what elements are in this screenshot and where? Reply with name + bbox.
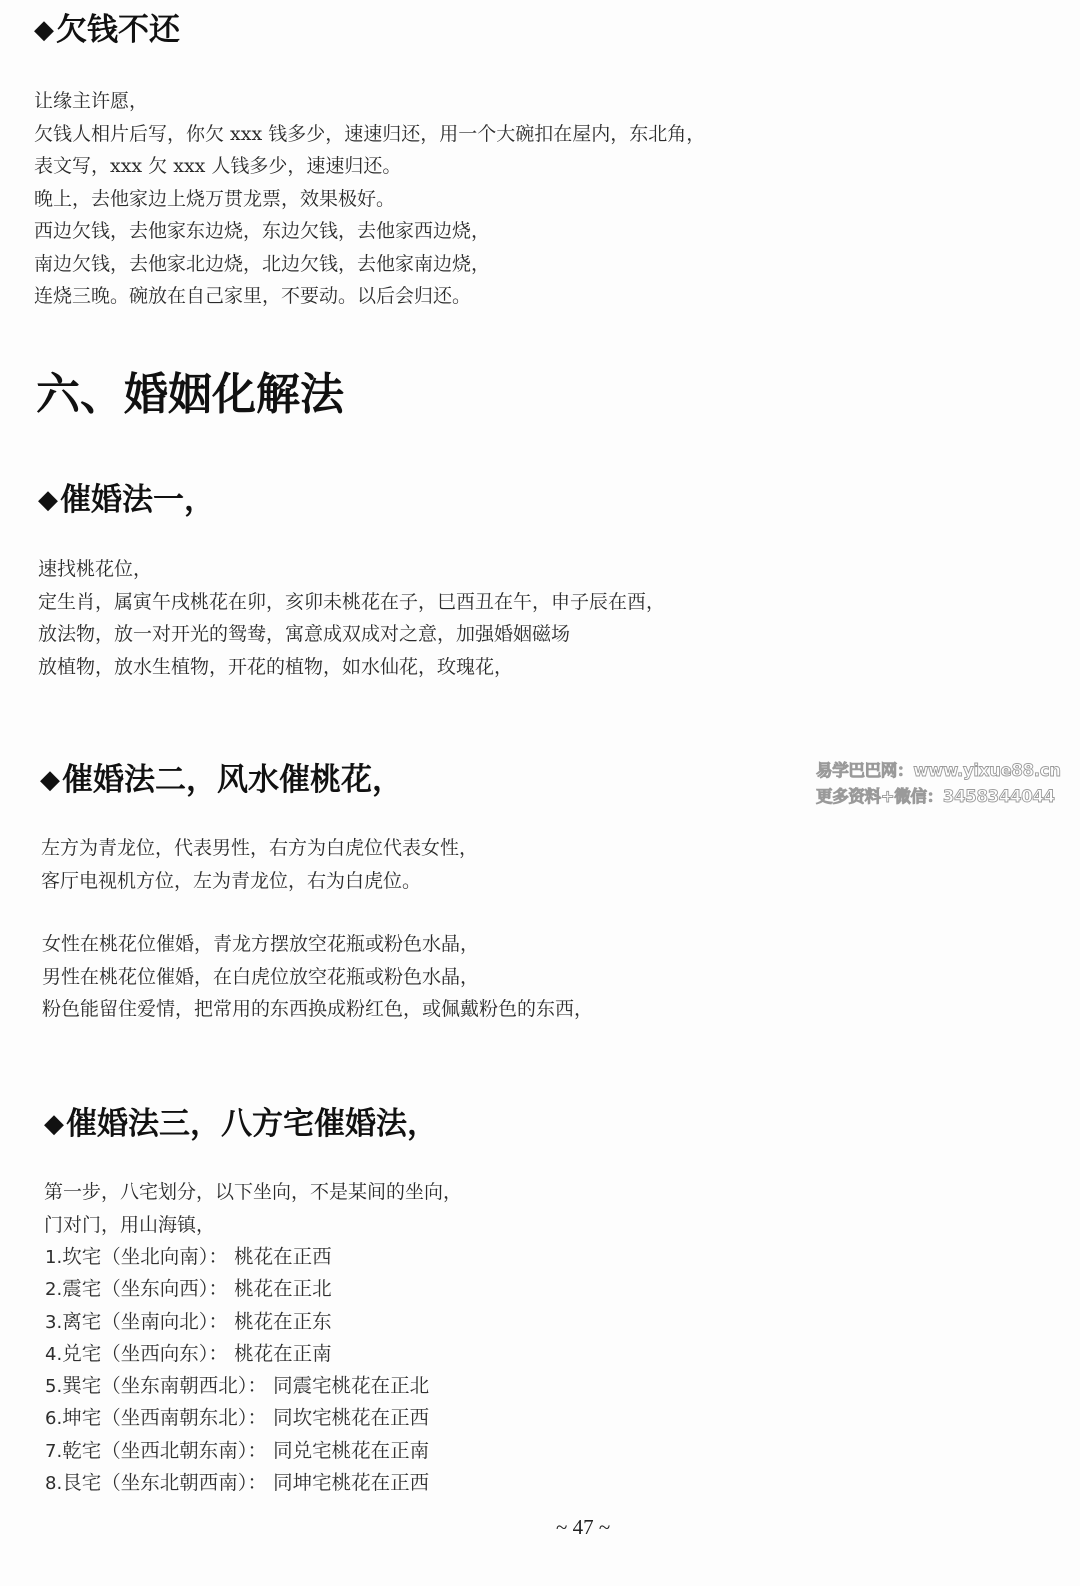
list-item: 2.震宅（坐东向西）： 桃花在正北 — [45, 1273, 429, 1305]
paragraph-line: 左方为青龙位，代表男性，右方为白虎位代表女性， — [41, 832, 478, 865]
list-item: 5.巽宅（坐东南朝西北）： 同震宅桃花在正北 — [45, 1370, 429, 1402]
diamond-bullet-icon: ◆ — [40, 765, 60, 795]
watermark: 易学巴巴网：www.yixue88.cn 更多资料+微信：3458344044 — [816, 758, 1061, 810]
list-item: 6.坤宅（坐西南朝东北）： 同坎宅桃花在正西 — [45, 1402, 429, 1434]
paragraph-line: 门对门，用山海镇， — [44, 1209, 462, 1242]
section-body-method3-intro: 第一步，八宅划分，以下坐向，不是某间的坐向， 门对门，用山海镇， — [44, 1176, 462, 1241]
paragraph-line: 定生肖，属寅午戌桃花在卯，亥卯未桃花在子，巳酉丑在午，申子辰在酉， — [38, 586, 665, 619]
paragraph-line: 客厅电视机方位，左为青龙位，右为白虎位。 — [41, 865, 478, 898]
section-heading-method2: ◆催婚法二，风水催桃花， — [40, 754, 403, 799]
list-item: 3.离宅（坐南向北）： 桃花在正东 — [45, 1306, 429, 1338]
paragraph-line: 晚上，去他家边上烧万贯龙票，效果极好。 — [34, 183, 705, 216]
paragraph-line: 表文写，xxx 欠 xxx 人钱多少，速速归还。 — [34, 150, 705, 183]
list-item: 4.兑宅（坐西向东）： 桃花在正南 — [45, 1338, 429, 1370]
list-item: 1.坎宅（坐北向南）： 桃花在正西 — [45, 1241, 429, 1273]
paragraph-line: 速找桃花位， — [38, 553, 665, 586]
section-body-debt: 让缘主许愿， 欠钱人相片后写，你欠 xxx 钱多少，速速归还，用一个大碗扣在屋内… — [34, 85, 705, 313]
section-heading-text: 催婚法三，八方宅催婚法， — [66, 1106, 438, 1142]
paragraph-line: 南边欠钱，去他家北边烧，北边欠钱，去他家南边烧， — [34, 248, 705, 281]
diamond-bullet-icon: ◆ — [44, 1109, 64, 1139]
paragraph-line: 粉色能留住爱情，把常用的东西换成粉红色，或佩戴粉色的东西， — [42, 993, 593, 1026]
diamond-bullet-icon: ◆ — [34, 15, 54, 45]
section-body-method1: 速找桃花位， 定生肖，属寅午戌桃花在卯，亥卯未桃花在子，巳酉丑在午，申子辰在酉，… — [38, 553, 665, 683]
paragraph-line: 放法物，放一对开光的鸳鸯，寓意成双成对之意，加强婚姻磁场 — [38, 618, 665, 651]
section-body-method2-a: 左方为青龙位，代表男性，右方为白虎位代表女性， 客厅电视机方位，左为青龙位，右为… — [41, 832, 478, 897]
chapter-title: 六、婚姻化解法 — [36, 358, 344, 422]
section-heading-text: 催婚法一， — [60, 482, 215, 518]
paragraph-line: 西边欠钱，去他家东边烧，东边欠钱，去他家西边烧， — [34, 215, 705, 248]
section-body-method2-b: 女性在桃花位催婚，青龙方摆放空花瓶或粉色水晶， 男性在桃花位催婚，在白虎位放空花… — [42, 928, 593, 1026]
paragraph-line: 男性在桃花位催婚，在白虎位放空花瓶或粉色水晶， — [42, 961, 593, 994]
section-heading-debt: ◆欠钱不还 — [34, 4, 180, 49]
paragraph-line: 放植物，放水生植物，开花的植物，如水仙花，玫瑰花， — [38, 651, 665, 684]
paragraph-line: 女性在桃花位催婚，青龙方摆放空花瓶或粉色水晶， — [42, 928, 593, 961]
list-item: 7.乾宅（坐西北朝东南）： 同兑宅桃花在正南 — [45, 1435, 429, 1467]
paragraph-line: 第一步，八宅划分，以下坐向，不是某间的坐向， — [44, 1176, 462, 1209]
paragraph-line: 让缘主许愿， — [34, 85, 705, 118]
section-heading-text: 催婚法二，风水催桃花， — [62, 762, 403, 798]
list-item: 8.艮宅（坐东北朝西南）： 同坤宅桃花在正西 — [45, 1467, 429, 1499]
section-heading-method1: ◆催婚法一， — [38, 474, 215, 519]
paragraph-line: 欠钱人相片后写，你欠 xxx 钱多少，速速归还，用一个大碗扣在屋内，东北角， — [34, 118, 705, 151]
section-heading-method3: ◆催婚法三，八方宅催婚法， — [44, 1098, 438, 1143]
watermark-site: 易学巴巴网：www.yixue88.cn — [816, 758, 1061, 784]
paragraph-line: 连烧三晚。碗放在自己家里，不要动。以后会归还。 — [34, 280, 705, 313]
watermark-contact: 更多资料+微信：3458344044 — [816, 784, 1061, 810]
page-number: ~ 47 ~ — [556, 1515, 610, 1540]
house-direction-list: 1.坎宅（坐北向南）： 桃花在正西 2.震宅（坐东向西）： 桃花在正北 3.离宅… — [45, 1241, 429, 1499]
diamond-bullet-icon: ◆ — [38, 485, 58, 515]
section-heading-text: 欠钱不还 — [56, 12, 180, 48]
